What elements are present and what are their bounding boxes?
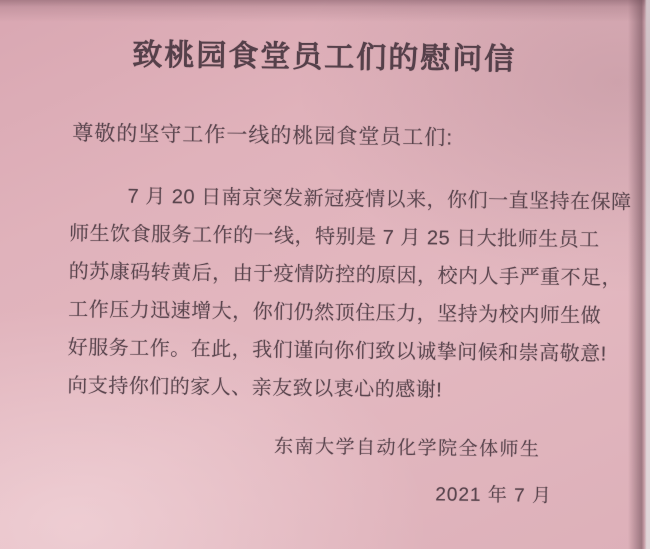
letter-paper: 致桃园食堂员工们的慰问信 尊敬的坚守工作一线的桃园食堂员工们: 7 月 20 日… xyxy=(0,0,650,549)
letter-body-line: 好服务工作。在此，我们谨向你们致以诚挚问候和崇高敬意! xyxy=(67,329,583,373)
letter-date: 2021 年 7 月 xyxy=(435,479,552,507)
letter-body-line: 工作压力迅速增大，你们仍然顶住压力，坚持为校内师生做 xyxy=(68,291,584,335)
letter-photo: 致桃园食堂员工们的慰问信 尊敬的坚守工作一线的桃园食堂员工们: 7 月 20 日… xyxy=(0,0,650,549)
letter-body-line: 向支持你们的家人、亲友致以衷心的感谢! xyxy=(67,367,583,411)
letter-body: 7 月 20 日南京突发新冠疫情以来，你们一直坚持在保障 师生饮食服务工作的一线… xyxy=(67,177,586,411)
letter-salutation: 尊敬的坚守工作一线的桃园食堂员工们: xyxy=(72,117,648,154)
letter-title: 致桃园食堂员工们的慰问信 xyxy=(0,0,650,80)
letter-body-line: 7 月 20 日南京突发新冠疫情以来，你们一直坚持在保障 xyxy=(69,177,585,221)
letter-body-line: 师生饮食服务工作的一线，特别是 7 月 25 日大批师生员工 xyxy=(69,215,585,259)
letter-signature: 东南大学自动化学院全体师生 xyxy=(274,431,541,461)
letter-body-line: 的苏康码转黄后，由于疫情防控的原因，校内人手严重不足， xyxy=(68,253,584,297)
